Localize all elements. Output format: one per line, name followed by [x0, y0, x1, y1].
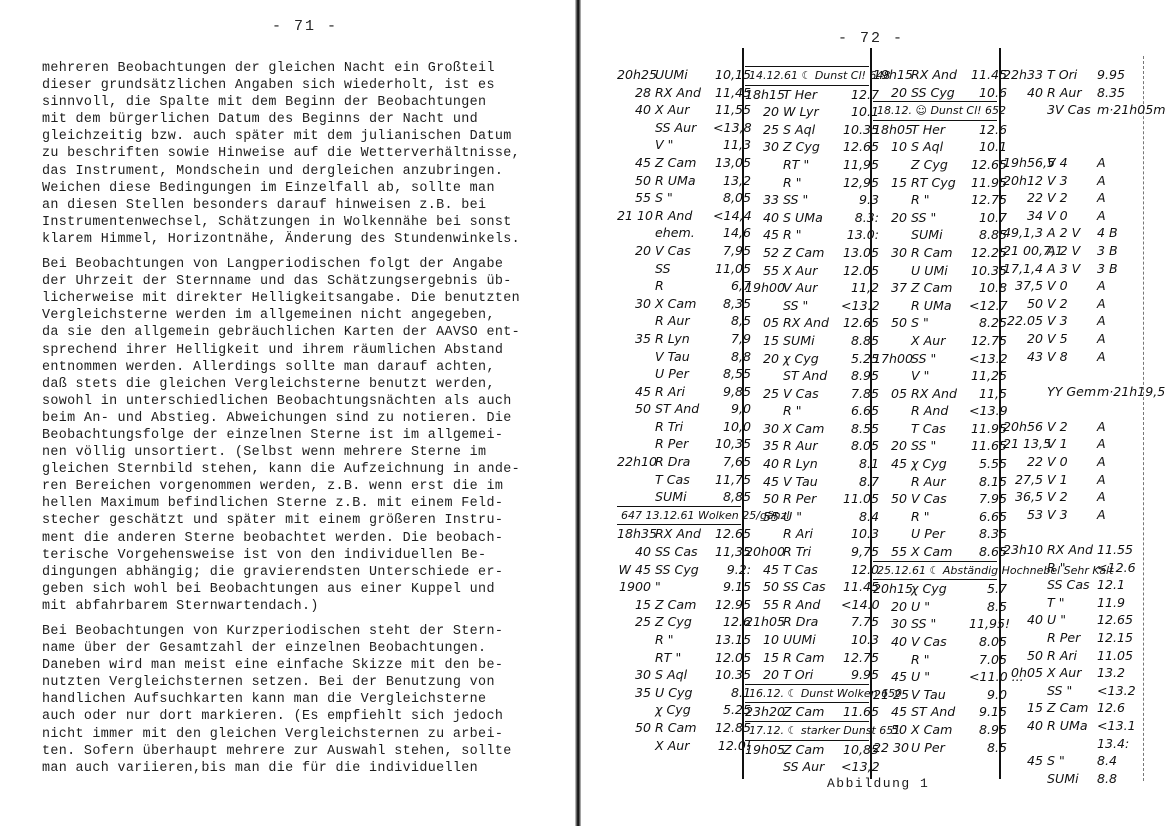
log-magnitude: 8.95	[969, 721, 1007, 739]
log-star: U Per	[911, 525, 969, 543]
log-star: T Ori	[1047, 66, 1093, 84]
log-entry: 15R Cam12.75	[745, 649, 869, 667]
log-date-header: 18.12. ☺ Dunst Cl! 652	[873, 101, 997, 121]
log-entry	[1003, 365, 1139, 383]
log-entry: RT "11,95	[745, 156, 869, 174]
log-star: R "	[1047, 559, 1093, 577]
log-star: X Cam	[783, 420, 841, 438]
log-entry: R "6.65	[873, 508, 997, 526]
log-star: S Aql	[911, 138, 969, 156]
log-star: SUMi	[655, 488, 713, 506]
log-time: 40	[1003, 717, 1047, 735]
log-entry: 40R Lyn8.1	[745, 455, 869, 473]
log-star: V 1	[1047, 471, 1093, 489]
log-entry: 50ST And9,0	[617, 400, 741, 418]
log-entry: 35R Aur8.05	[745, 437, 869, 455]
log-entry: 37Z Cam10.8	[873, 279, 997, 297]
log-entry: 20V 5A	[1003, 330, 1139, 348]
log-entry: 50X Cam8.95	[873, 721, 997, 739]
log-star: T Ori	[783, 666, 841, 684]
log-column-4: 22h33T Ori9.9540R Aur8.353V Casm·21h05m1…	[1003, 66, 1139, 779]
log-entry: SUMi8.85	[873, 226, 997, 244]
log-star: SS	[655, 260, 713, 278]
log-time: 50	[873, 721, 911, 739]
log-star: X Aur	[655, 101, 713, 119]
log-time: 20h25	[617, 66, 655, 84]
log-time	[617, 649, 655, 667]
log-entry: R Aur8,5	[617, 312, 741, 330]
log-entry: 52Z Cam13.05	[745, 244, 869, 262]
log-entry: R Tri10,0	[617, 418, 741, 436]
log-star: Z Cam	[1047, 699, 1093, 717]
log-entry: 34V 0A	[1003, 207, 1139, 225]
log-magnitude: m·21h19,5	[1093, 383, 1143, 401]
log-time: 40	[745, 455, 783, 473]
log-magnitude: A	[1093, 418, 1143, 436]
book-spine	[575, 0, 581, 826]
log-time: W 45	[617, 561, 655, 579]
log-entry: 17,1,4A 3 V3 B	[1003, 260, 1139, 278]
log-entry: V Tau8,8	[617, 348, 741, 366]
log-time: 27,5	[1003, 471, 1047, 489]
log-star: V 2	[1047, 488, 1093, 506]
log-time	[617, 418, 655, 436]
log-magnitude: A	[1093, 506, 1143, 524]
log-entry: 23h10RX And11.55	[1003, 541, 1139, 559]
log-time	[617, 365, 655, 383]
log-time: 10	[745, 631, 783, 649]
log-star: SS Cyg	[911, 84, 969, 102]
log-star: R And	[911, 402, 969, 420]
log-star: V Cas	[911, 490, 969, 508]
log-star: R "	[783, 174, 841, 192]
log-star: Z Cam	[655, 154, 713, 172]
log-star: V 5	[1047, 330, 1093, 348]
log-magnitude: A	[1093, 471, 1143, 489]
log-star: R UMa	[655, 172, 713, 190]
log-magnitude: A	[1093, 488, 1143, 506]
log-entry: 45ST And9.15	[873, 703, 997, 721]
log-entry: 45V Tau8.7	[745, 473, 869, 491]
log-time: 17,1,4	[1003, 260, 1047, 278]
log-star: W Lyr	[783, 103, 841, 121]
log-star: T Cas	[911, 420, 969, 438]
log-time: 05	[873, 385, 911, 403]
log-entry: 0h05X Aur13.2	[1003, 664, 1139, 682]
log-time	[745, 525, 783, 543]
log-magnitude: 12.6	[969, 121, 1007, 139]
log-time	[1003, 559, 1047, 577]
log-star: SS Cas	[655, 543, 713, 561]
log-time	[617, 435, 655, 453]
log-star: R Per	[655, 435, 713, 453]
log-star: R Aur	[783, 437, 841, 455]
log-entry: 18h05T Her12.6	[873, 121, 997, 139]
log-time: 22	[1003, 453, 1047, 471]
log-magnitude: 10.1	[969, 138, 1007, 156]
log-entry: Z Cyg12.65	[873, 156, 997, 174]
log-entry: R Ari10.3	[745, 525, 869, 543]
log-magnitude	[1093, 365, 1143, 383]
log-star	[1047, 119, 1093, 137]
log-entry: U Per8,55	[617, 365, 741, 383]
log-date-header: 14.12.61 ☾ Dunst Cl! 648	[745, 66, 869, 86]
log-time: 36,5	[1003, 488, 1047, 506]
log-time: 20	[745, 666, 783, 684]
log-time	[617, 471, 655, 489]
log-time: 25	[745, 385, 783, 403]
log-entry: 40R Aur8.35	[1003, 84, 1139, 102]
log-magnitude: 3 B	[1093, 260, 1143, 278]
log-entry: 19h15RX And11.45	[873, 66, 997, 84]
log-time	[617, 224, 655, 242]
log-magnitude	[1093, 119, 1143, 137]
log-star: SS Cyg	[655, 561, 713, 579]
log-entry: U Per8.35	[873, 525, 997, 543]
log-magnitude: 11.05	[1093, 647, 1143, 665]
log-star: S "	[655, 189, 713, 207]
log-star: SS "	[911, 350, 969, 368]
log-entry: 35R Lyn7,9	[617, 330, 741, 348]
log-entry: T "11.9	[1003, 594, 1139, 612]
log-time	[617, 488, 655, 506]
log-time: 25	[617, 613, 655, 631]
log-magnitude: 9.95	[1093, 66, 1143, 84]
handwritten-observation-log: 20h25UUMi10,1528RX And11,4540X Aur11,55S…	[617, 66, 1147, 779]
log-entry: 40X Aur11,55	[617, 101, 741, 119]
log-magnitude: 8.65	[969, 543, 1007, 561]
paragraph-1: mehreren Beobachtungen der gleichen Nach…	[42, 60, 562, 248]
log-time: 15	[617, 596, 655, 614]
log-magnitude: 8.05	[969, 633, 1007, 651]
log-entry: 35U Cyg8.1	[617, 684, 741, 702]
log-time: 20h15	[873, 580, 911, 598]
log-entry: 30SS "11,95!	[873, 615, 997, 633]
log-entry: SS Aur<13,8	[617, 119, 741, 137]
page-edge-dashed	[1143, 56, 1144, 781]
log-star: SUMi	[911, 226, 969, 244]
log-star: X Aur	[783, 262, 841, 280]
log-date-header: 17.12. ☾ starker Dunst 651	[745, 721, 869, 741]
log-entry: 50V Cas7.95	[873, 490, 997, 508]
log-entry: 22V 2A	[1003, 189, 1139, 207]
log-entry: 27,5V 1A	[1003, 471, 1139, 489]
log-time: 19h56,5	[1003, 154, 1047, 172]
log-star: X Aur	[911, 332, 969, 350]
log-column-3: 19h15RX And11.4520SS Cyg10.618.12. ☺ Dun…	[873, 66, 997, 779]
log-magnitude: 5.7	[969, 580, 1007, 598]
log-star: R "	[911, 191, 969, 209]
log-entry: 15Z Cam12.95	[617, 596, 741, 614]
log-time: 10	[873, 138, 911, 156]
page-number-right: - 72 -	[838, 30, 904, 47]
log-entry: 25S Aql10.35	[745, 121, 869, 139]
log-date-header: 647 13.12.61 Wolken 25/gänzl	[617, 506, 741, 526]
log-star: R Dra	[783, 613, 841, 631]
log-magnitude: 10.35	[969, 262, 1007, 280]
log-entry: R And<13.9	[873, 402, 997, 420]
log-entry: 18h35RX And12.65	[617, 525, 741, 543]
log-date-header: 16.12. ☾ Dunst Wolken 650	[745, 684, 869, 704]
log-time: 20	[873, 209, 911, 227]
log-star: SS "	[783, 297, 841, 315]
log-entry: 40S UMa8.3:	[745, 209, 869, 227]
log-entry: YY Gemm·21h19,5	[1003, 383, 1139, 401]
log-entry: 45Z Cam13,05	[617, 154, 741, 172]
log-entry: R "13.15	[617, 631, 741, 649]
log-entry: 50R Cam12.85	[617, 719, 741, 737]
log-time	[617, 136, 655, 154]
log-magnitude: <13.2	[969, 350, 1007, 368]
log-star: V Tau	[783, 473, 841, 491]
log-time: 50	[873, 490, 911, 508]
log-magnitude: A	[1093, 348, 1143, 366]
log-time: 45	[873, 455, 911, 473]
log-star: RT "	[655, 649, 713, 667]
log-time: 1900	[617, 578, 655, 596]
log-star: R "	[911, 508, 969, 526]
log-entry: 22 30U Per8.5	[873, 739, 997, 757]
log-entry: 22.05V 3A	[1003, 312, 1139, 330]
log-star: V Tau	[911, 686, 969, 704]
log-entry: T Cas11.95	[873, 420, 997, 438]
log-magnitude: 12.15	[1093, 629, 1143, 647]
log-entry: 20W Lyr10.1	[745, 103, 869, 121]
log-entry: 30X Cam8.55	[745, 420, 869, 438]
log-magnitude: m·21h05m	[1093, 101, 1143, 119]
log-star: S Aql	[783, 121, 841, 139]
log-time	[873, 226, 911, 244]
log-time	[617, 737, 655, 755]
log-entry: 20h25UUMi10,15	[617, 66, 741, 84]
log-star: V 2	[1047, 295, 1093, 313]
log-star: SS Cas	[783, 578, 841, 596]
log-entry: 45T Cas12.0	[745, 561, 869, 579]
log-entry: 17h00SS "<13.2	[873, 350, 997, 368]
log-time: 21 00,7,1	[1003, 242, 1047, 260]
log-time	[873, 191, 911, 209]
log-entry: 20h15χ Cyg5.7	[873, 580, 997, 598]
log-magnitude: 5.55	[969, 455, 1007, 473]
log-entry: 40R UMa<13.1	[1003, 717, 1139, 735]
log-time	[1003, 523, 1047, 541]
log-entry: R Aur8.15	[873, 473, 997, 491]
log-entry: 21 10R And<14,4	[617, 207, 741, 225]
log-entry: 45R "13.0:	[745, 226, 869, 244]
log-magnitude: 11.9	[1093, 594, 1143, 612]
log-column-2: 14.12.61 ☾ Dunst Cl! 64818h15T Her12.720…	[745, 66, 869, 779]
log-entry: 25Z Cyg12.6	[617, 613, 741, 631]
log-entry	[1003, 136, 1139, 154]
log-star: UUMi	[655, 66, 713, 84]
log-time: 23h10	[1003, 541, 1047, 559]
log-time: 25	[745, 121, 783, 139]
log-magnitude: 12.1	[1093, 576, 1143, 594]
log-star: S UMa	[783, 209, 841, 227]
log-time: 21 25	[873, 686, 911, 704]
log-star: R Tri	[783, 543, 841, 561]
log-magnitude: 12.25	[969, 244, 1007, 262]
log-time: 30	[617, 666, 655, 684]
log-star: R Cam	[911, 244, 969, 262]
log-star: YY Gem	[1047, 383, 1093, 401]
log-star: A 3 V	[1047, 260, 1093, 278]
log-entry: 15SUMi8.85	[745, 332, 869, 350]
log-time: 20	[617, 242, 655, 260]
log-time: 50	[1003, 647, 1047, 665]
log-star: R UMa	[911, 297, 969, 315]
log-star: R	[655, 277, 713, 295]
log-magnitude: A	[1093, 189, 1143, 207]
log-star: χ Cyg	[783, 350, 841, 368]
log-entry: 19h05Z Cam10,85	[745, 741, 869, 759]
log-star: Z Cam	[783, 244, 841, 262]
log-star: V Cas	[655, 242, 713, 260]
log-time: 50	[617, 172, 655, 190]
log-star: SUMi	[783, 332, 841, 350]
log-time	[873, 420, 911, 438]
log-entry: 3V Casm·21h05m	[1003, 101, 1139, 119]
log-star: SS "	[911, 437, 969, 455]
log-entry: R Per12.15	[1003, 629, 1139, 647]
log-star	[1047, 735, 1093, 753]
log-entry: 1900"9.15	[617, 578, 741, 596]
log-time: 30	[873, 615, 911, 633]
log-star: T "	[1047, 594, 1093, 612]
log-time: 21 10	[617, 207, 655, 225]
log-star: V "	[911, 367, 969, 385]
log-entry: 50S "8.25	[873, 314, 997, 332]
log-entry: 50R Per11.05	[745, 490, 869, 508]
log-entry: 15RT Cyg11.95	[873, 174, 997, 192]
log-star: "	[655, 578, 713, 596]
log-star: RX And	[911, 66, 969, 84]
log-column-1: 20h25UUMi10,1528RX And11,4540X Aur11,55S…	[617, 66, 741, 779]
log-star	[1047, 523, 1093, 541]
log-entry: 30Z Cyg12.65	[745, 138, 869, 156]
log-time	[617, 631, 655, 649]
log-star: R Ari	[783, 525, 841, 543]
log-star: U "	[911, 598, 969, 616]
log-magnitude: <13.1	[1093, 717, 1143, 735]
log-time: 18h15	[745, 86, 783, 104]
log-star: V 2	[1047, 418, 1093, 436]
log-star: SS Aur	[655, 119, 713, 137]
log-magnitude: A	[1093, 435, 1143, 453]
log-time: 22h10	[617, 453, 655, 471]
log-entry: 20SS "10.7	[873, 209, 997, 227]
log-star: T Her	[911, 121, 969, 139]
log-star: R Tri	[655, 418, 713, 436]
log-star: R Cam	[655, 719, 713, 737]
log-entry: 22h33T Ori9.95	[1003, 66, 1139, 84]
log-time: 45	[1003, 752, 1047, 770]
log-time: 37,5	[1003, 277, 1047, 295]
log-star: Z Cam	[783, 741, 841, 759]
log-entry: 45U "<11.0 ...	[873, 668, 997, 686]
log-time: 15	[745, 332, 783, 350]
log-magnitude: A	[1093, 154, 1143, 172]
log-time: 50	[617, 719, 655, 737]
log-time: 20h00	[745, 543, 783, 561]
paragraph-2: Bei Beobachtungen von Langperiodischen f…	[42, 256, 562, 615]
log-time	[1003, 576, 1047, 594]
log-star: X Cam	[911, 543, 969, 561]
log-star: U UMi	[911, 262, 969, 280]
log-entry: 25V Cas7.85	[745, 385, 869, 403]
log-time: 40	[1003, 84, 1047, 102]
log-entry: 45S "8.4	[1003, 752, 1139, 770]
log-star: 3V Cas	[1047, 101, 1093, 119]
log-time: 40	[873, 633, 911, 651]
log-entry: 30R Cam12.25	[873, 244, 997, 262]
log-time: 30	[873, 244, 911, 262]
log-time: 18h05	[873, 121, 911, 139]
log-time: 15	[1003, 699, 1047, 717]
log-entry: R "<12.6	[1003, 559, 1139, 577]
log-entry: 55X Cam8.65	[873, 543, 997, 561]
log-magnitude: 11,95!	[969, 615, 1007, 633]
log-time: 52	[745, 244, 783, 262]
log-magnitude: 11.95	[969, 174, 1007, 192]
log-star	[1047, 365, 1093, 383]
log-magnitude: 11,25	[969, 367, 1007, 385]
log-star: R And	[783, 596, 841, 614]
log-star: χ Cyg	[911, 455, 969, 473]
log-time: 45	[617, 154, 655, 172]
log-time	[1003, 383, 1047, 401]
log-magnitude: 8.15	[969, 473, 1007, 491]
log-entry: 45R Ari9,85	[617, 383, 741, 401]
log-star: χ Cyg	[911, 580, 969, 598]
log-entry: 55X Aur12.05	[745, 262, 869, 280]
log-magnitude: 8.4	[1093, 752, 1143, 770]
log-time	[1003, 770, 1047, 788]
log-star: R Aur	[911, 473, 969, 491]
log-time	[617, 312, 655, 330]
log-entry: χ Cyg5.25	[617, 701, 741, 719]
log-magnitude: 7.95	[969, 490, 1007, 508]
log-time	[873, 156, 911, 174]
log-entry: U UMi10.35	[873, 262, 997, 280]
log-entry: 20h12V 3A	[1003, 172, 1139, 190]
log-star: V "	[655, 136, 713, 154]
log-time: 37	[873, 279, 911, 297]
log-star: RX And	[1047, 541, 1093, 559]
log-time: 55	[873, 543, 911, 561]
log-time: 55	[745, 508, 783, 526]
log-entry: 40SS Cas11,35	[617, 543, 741, 561]
log-time: 34	[1003, 207, 1047, 225]
log-time	[873, 651, 911, 669]
log-magnitude: 8.8	[1093, 770, 1143, 788]
log-entry: R Per10,35	[617, 435, 741, 453]
log-magnitude: 4 B	[1093, 224, 1143, 242]
log-magnitude: 8.25	[969, 314, 1007, 332]
log-star: T Her	[783, 86, 841, 104]
log-star: RX And	[783, 314, 841, 332]
log-magnitude: 6.65	[969, 508, 1007, 526]
log-star: V 3	[1047, 506, 1093, 524]
log-time: 50	[1003, 295, 1047, 313]
log-entry: SS Cas12.1	[1003, 576, 1139, 594]
log-star: R Per	[1047, 629, 1093, 647]
log-entry: 55S "8,05	[617, 189, 741, 207]
log-star: SS Aur	[783, 758, 841, 776]
log-time: 20	[745, 103, 783, 121]
log-magnitude: 10.8	[969, 279, 1007, 297]
log-entry: SS11,05	[617, 260, 741, 278]
